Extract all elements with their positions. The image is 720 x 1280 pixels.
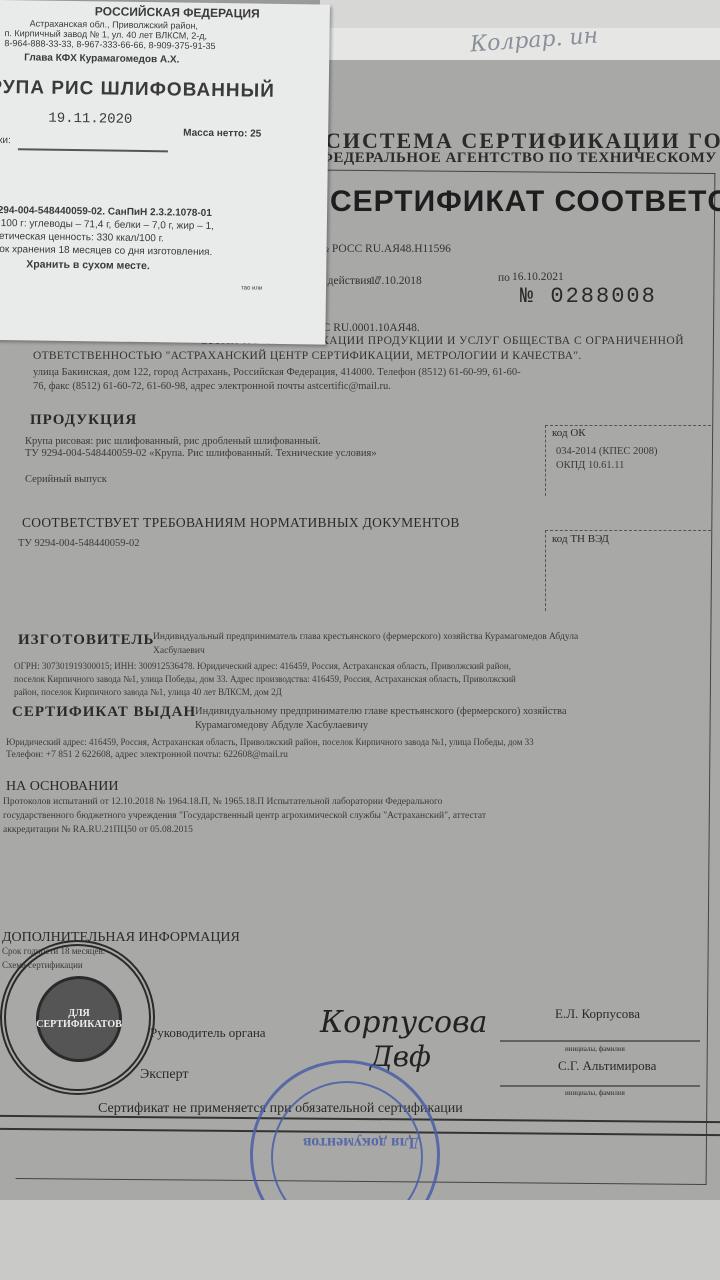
issued-line-2: Курамагомедову Абдуле Хасбулаевичу	[195, 720, 368, 731]
head-signature: Корпусова	[320, 1005, 487, 1040]
expert-label: Эксперт	[140, 1067, 189, 1083]
registration-number: № РОСС RU.АЯ48.Н11596	[318, 243, 451, 255]
label-head: Глава КФХ Курамагомедов А.Х.	[24, 52, 179, 65]
product-label-sticker: РОССИЙСКАЯ ФЕДЕРАЦИЯ Астраханская обл., …	[0, 0, 330, 345]
label-phones: 8-964-888-33-33, 8-967-333-66-66, 8-909-…	[4, 38, 215, 51]
body-line-3: улица Бакинская, дом 122, город Астрахан…	[33, 367, 521, 378]
validity-to-label: по	[498, 272, 510, 284]
initials-label: инициалы, фамилия	[565, 1045, 625, 1053]
label-shelf: Срок хранения 18 месяцев со дня изготовл…	[0, 244, 212, 258]
issued-line-4: Телефон: +7 851 2 622608, адрес электрон…	[6, 750, 288, 760]
label-nutrition: на 100 г: углеводы – 71,4 г, белки – 7,0…	[0, 218, 214, 232]
maker-line-3: ОГРН: 307301919300015; ИНН: 300912536478…	[14, 661, 511, 671]
issued-line-3: Юридический адрес: 416459, Россия, Астра…	[6, 737, 534, 747]
label-mass: Масса нетто: 25	[183, 128, 261, 140]
maker-line-4: поселок Кирпичного завода №1, улица Побе…	[14, 674, 516, 684]
label-storage: Хранить в сухом месте.	[26, 258, 150, 272]
body-line-4: 76, факс (8512) 61-60-72, 61-60-98, адре…	[33, 381, 391, 392]
serial-release: Серийный выпуск	[25, 474, 107, 485]
product-heading: ПРОДУКЦИЯ	[30, 412, 137, 429]
maker-heading: ИЗГОТОВИТЕЛЬ	[18, 632, 154, 649]
validity-to: 16.10.2021	[512, 271, 564, 283]
tnved-label: код ТН ВЭД	[552, 533, 609, 545]
maker-line-2: Хасбулаевич	[153, 646, 205, 656]
body-line-2: ОТВЕТСТВЕННОСТЬЮ "АСТРАХАНСКИЙ ЦЕНТР СЕР…	[33, 350, 582, 362]
basis-line-3: аккредитации № RA.RU.21ПЦ50 от 05.08.201…	[3, 825, 193, 835]
table-surface	[0, 1200, 720, 1280]
label-tu: ТУ 9294-004-548440059-02. СанПиН 2.3.2.1…	[0, 205, 212, 219]
signature-line	[500, 1040, 700, 1042]
background-paper	[320, 0, 720, 30]
label-energy: Энергетическая ценность: 330 ккал/100 г.	[0, 231, 164, 245]
label-date: 19.11.2020	[48, 111, 132, 128]
label-product: КРУПА РИС ШЛИФОВАННЫЙ	[0, 77, 275, 103]
basis-line-1: Протоколов испытаний от 12.10.2018 № 196…	[3, 797, 442, 807]
head-name: Е.Л. Корпусова	[555, 1006, 640, 1022]
ok-code-2: ОКПД 10.61.11	[556, 460, 624, 471]
issued-heading: СЕРТИФИКАТ ВЫДАН	[12, 704, 196, 721]
label-field-line	[18, 148, 168, 152]
blank-number: № 0288008	[520, 284, 657, 309]
product-line-1: Крупа рисовая: рис шлифованный, рис дроб…	[25, 436, 321, 447]
validity-from: 17.10.2018	[370, 275, 422, 287]
head-label: Руководитель органа	[150, 1025, 266, 1041]
ok-code-label: код ОК	[552, 427, 586, 439]
initials-label: инициалы, фамилия	[565, 1089, 625, 1097]
conform-document: ТУ 9294-004-548440059-02	[18, 538, 139, 549]
basis-heading: НА ОСНОВАНИИ	[6, 779, 118, 795]
label-country: РОССИЙСКАЯ ФЕДЕРАЦИЯ	[95, 4, 260, 20]
agency-name: ФЕДЕРАЛЬНОЕ АГЕНТСТВО ПО ТЕХНИЧЕСКОМУ РЕ…	[320, 150, 720, 167]
certificate-title: СЕРТИФИКАТ СООТВЕТСТВИЯ	[330, 185, 720, 219]
certification-stamp: ДЛЯ СЕРТИФИКАТОВ	[0, 940, 155, 1095]
label-field: ки:	[0, 135, 11, 146]
product-line-2: ТУ 9294-004-548440059-02 «Крупа. Рис шли…	[25, 448, 377, 459]
stamp-center: ДЛЯ СЕРТИФИКАТОВ	[36, 976, 122, 1062]
basis-line-2: государственного бюджетного учреждения "…	[3, 811, 486, 821]
maker-line-1: Индивидуальный предприниматель глава кре…	[153, 632, 578, 642]
ok-code-1: 034-2014 (КПЕС 2008)	[556, 446, 658, 457]
expert-name: С.Г. Альтимирова	[558, 1058, 656, 1074]
label-small: тао или	[241, 285, 262, 291]
extra-heading: ДОПОЛНИТЕЛЬНАЯ ИНФОРМАЦИЯ	[2, 930, 240, 946]
stamp-text: Для документов	[303, 1133, 420, 1151]
signature-line	[500, 1085, 700, 1087]
issued-line-1: Индивидуальному предпринимателю главе кр…	[195, 706, 566, 717]
conform-heading: СООТВЕТСТВУЕТ ТРЕБОВАНИЯМ НОРМАТИВНЫХ ДО…	[22, 515, 460, 531]
maker-line-5: район, поселок Кирпичного завода №1, ули…	[14, 687, 282, 697]
